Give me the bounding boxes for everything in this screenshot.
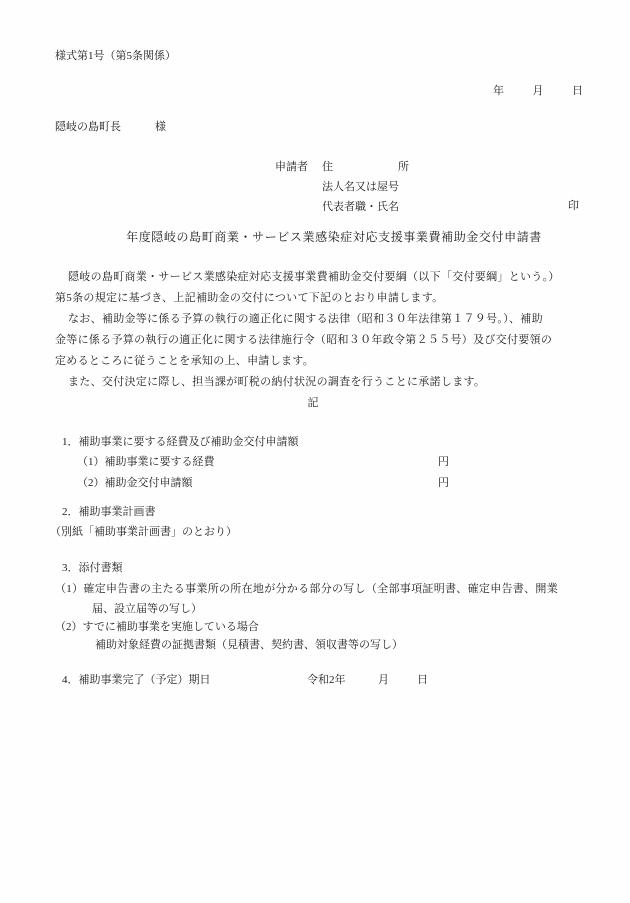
section-3-item-1-line-2: 届、設立届等の写し） (92, 600, 202, 616)
document-title: 年度隠岐の島町商業・サービス業感染症対応支援事業費補助金交付申請書 (0, 228, 630, 245)
section-2-heading: 2．補助事業計画書 (62, 503, 156, 519)
section-2-note: （別紙「補助事業計画書」のとおり） (50, 523, 237, 539)
section-1-item-1-unit: 円 (438, 453, 449, 469)
ki-heading: 記 (55, 394, 571, 410)
body-line: なお、補助金等に係る予算の執行の適正化に関する法律（昭和３０年法律第１７９号。）… (55, 309, 577, 330)
body-line: 第5条の規定に基づき、上記補助金の交付について下記のとおり申請します。 (55, 288, 577, 309)
seal-mark: 印 (568, 197, 579, 213)
body-line: 定めるところに従うことを承知の上、申請します。 (55, 351, 577, 372)
section-4-era-year-label: 令和2年 (307, 671, 346, 687)
section-1-heading: 1．補助事業に要する経費及び補助金交付申請額 (62, 433, 299, 449)
applicant-address-row: 申請者住所 (275, 157, 409, 177)
address-label-right: 所 (398, 161, 409, 173)
corporate-name-label: 法人名又は屋号 (322, 177, 409, 197)
section-1-item-2-unit: 円 (438, 474, 449, 490)
applicant-label: 申請者 (275, 161, 308, 173)
section-1-item-2-label: （2）補助金交付申請額 (77, 474, 193, 490)
section-3-item-2-line-2: 補助対象経費の証拠書類（見積書、契約書、領収書等の写し） (95, 636, 403, 652)
section-3-heading: 3．添付書類 (62, 559, 123, 575)
body-paragraph: 隠岐の島町商業・サービス業感染症対応支援事業費補助金交付要綱（以下「交付要綱」と… (55, 267, 577, 393)
section-4-day-label: 日 (417, 671, 428, 687)
form-number: 様式第1号（第5条関係） (55, 47, 176, 63)
day-label: 日 (572, 82, 583, 98)
representative-label: 代表者職・氏名 (322, 197, 409, 217)
section-1-item-1-label: （1）補助事業に要する経費 (77, 453, 215, 469)
address-label-left: 住 (322, 161, 333, 173)
addressee-honorific: 様 (155, 121, 166, 133)
applicant-block: 申請者住所 法人名又は屋号 代表者職・氏名 (275, 157, 409, 217)
body-line: 隠岐の島町商業・サービス業感染症対応支援事業費補助金交付要綱（以下「交付要綱」と… (55, 267, 577, 288)
section-4-heading: 4．補助事業完了（予定）期日 (62, 671, 211, 687)
addressee-line: 隠岐の島町長様 (55, 118, 166, 134)
section-3-item-2-line-1: （2）すでに補助事業を実施している場合 (55, 618, 259, 634)
body-line: 金等に係る予算の執行の適正化に関する法律施行令（昭和３０年政令第２５５号）及び交… (55, 330, 577, 351)
year-label: 年 (493, 82, 504, 98)
addressee-name: 隠岐の島町長 (55, 121, 121, 133)
section-4-month-label: 月 (378, 671, 389, 687)
section-3-item-1-line-1: （1）確定申告書の主たる事業所の所在地が分かる部分の写し（全部事項証明書、確定申… (55, 580, 558, 596)
month-label: 月 (533, 82, 544, 98)
application-form-page: 様式第1号（第5条関係） 年 月 日 隠岐の島町長様 申請者住所 法人名又は屋号… (0, 0, 630, 903)
date-line: 年 月 日 (493, 82, 583, 98)
body-line: また、交付決定に際し、担当課が町税の納付状況の調査を行うことに承諾します。 (55, 372, 577, 393)
